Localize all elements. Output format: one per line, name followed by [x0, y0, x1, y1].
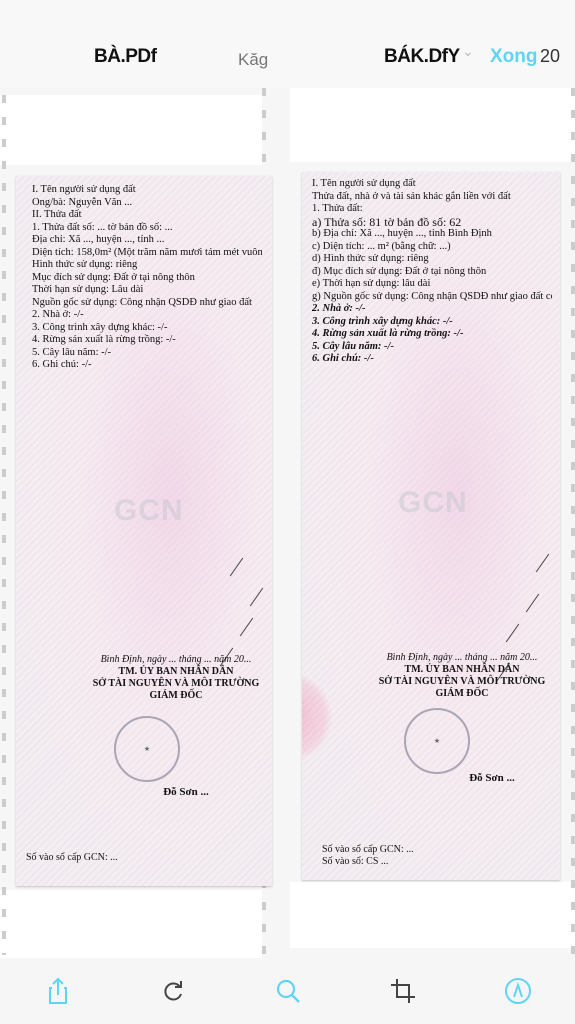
document-page-2[interactable]: I. Tên người sử dụng đất Thửa đất, nhà ở…: [302, 172, 560, 880]
search-icon: [273, 976, 303, 1009]
share-icon: [43, 976, 73, 1009]
blank-page-area: [290, 88, 575, 162]
page-body-text: I. Tên người sử dụng đất Thửa đất, nhà ở…: [312, 178, 552, 366]
markup-button[interactable]: [498, 972, 538, 1012]
page-indicator: 20: [540, 46, 560, 67]
signature-block: Bình Định, ngày ... tháng ... năm 20... …: [76, 654, 272, 702]
scroll-edge: [2, 95, 6, 955]
signer-name: Đỗ Sơn ...: [136, 786, 236, 798]
official-seal: ★: [404, 708, 470, 774]
navigation-bar: BÀ.PDf Kăg BÁK.DfY ⌄ Xong 20: [0, 0, 575, 88]
chevron-down-icon[interactable]: ⌄: [462, 44, 474, 60]
crop-icon: [388, 976, 418, 1009]
official-seal: ★: [114, 716, 180, 782]
page-body-text: I. Tên người sử dụng đất Ông/bà: Nguyễn …: [32, 184, 262, 372]
share-button[interactable]: [38, 972, 78, 1012]
page-footer: Số vào sổ cấp GCN: ...: [26, 852, 118, 864]
search-button[interactable]: [268, 972, 308, 1012]
scroll-edge: [571, 88, 575, 958]
document-title-secondary[interactable]: BÁK.DfY: [384, 46, 460, 68]
blank-page-area: [0, 890, 262, 958]
signature-block: Bình Định, ngày ... tháng ... năm 20... …: [362, 652, 560, 700]
page-footer: Số vào sổ cấp GCN: ... Số vào sổ: CS ...: [322, 844, 414, 868]
signer-name: Đỗ Sơn ...: [452, 772, 532, 784]
rotate-icon: [158, 976, 188, 1009]
watermark: GCN: [398, 486, 468, 520]
red-stamp: [302, 672, 332, 762]
blank-page-area: [0, 95, 262, 165]
markup-icon: [503, 976, 533, 1009]
document-title: BÀ.PDf: [94, 46, 156, 68]
watermark: GCN: [114, 494, 184, 528]
document-subtitle: Kăg: [238, 50, 268, 70]
bottom-toolbar: [0, 960, 575, 1024]
document-page-1[interactable]: I. Tên người sử dụng đất Ông/bà: Nguyễn …: [16, 176, 272, 886]
rotate-button[interactable]: [153, 972, 193, 1012]
done-button[interactable]: Xong: [490, 46, 538, 68]
blank-page-area: [290, 882, 575, 948]
crop-button[interactable]: [383, 972, 423, 1012]
